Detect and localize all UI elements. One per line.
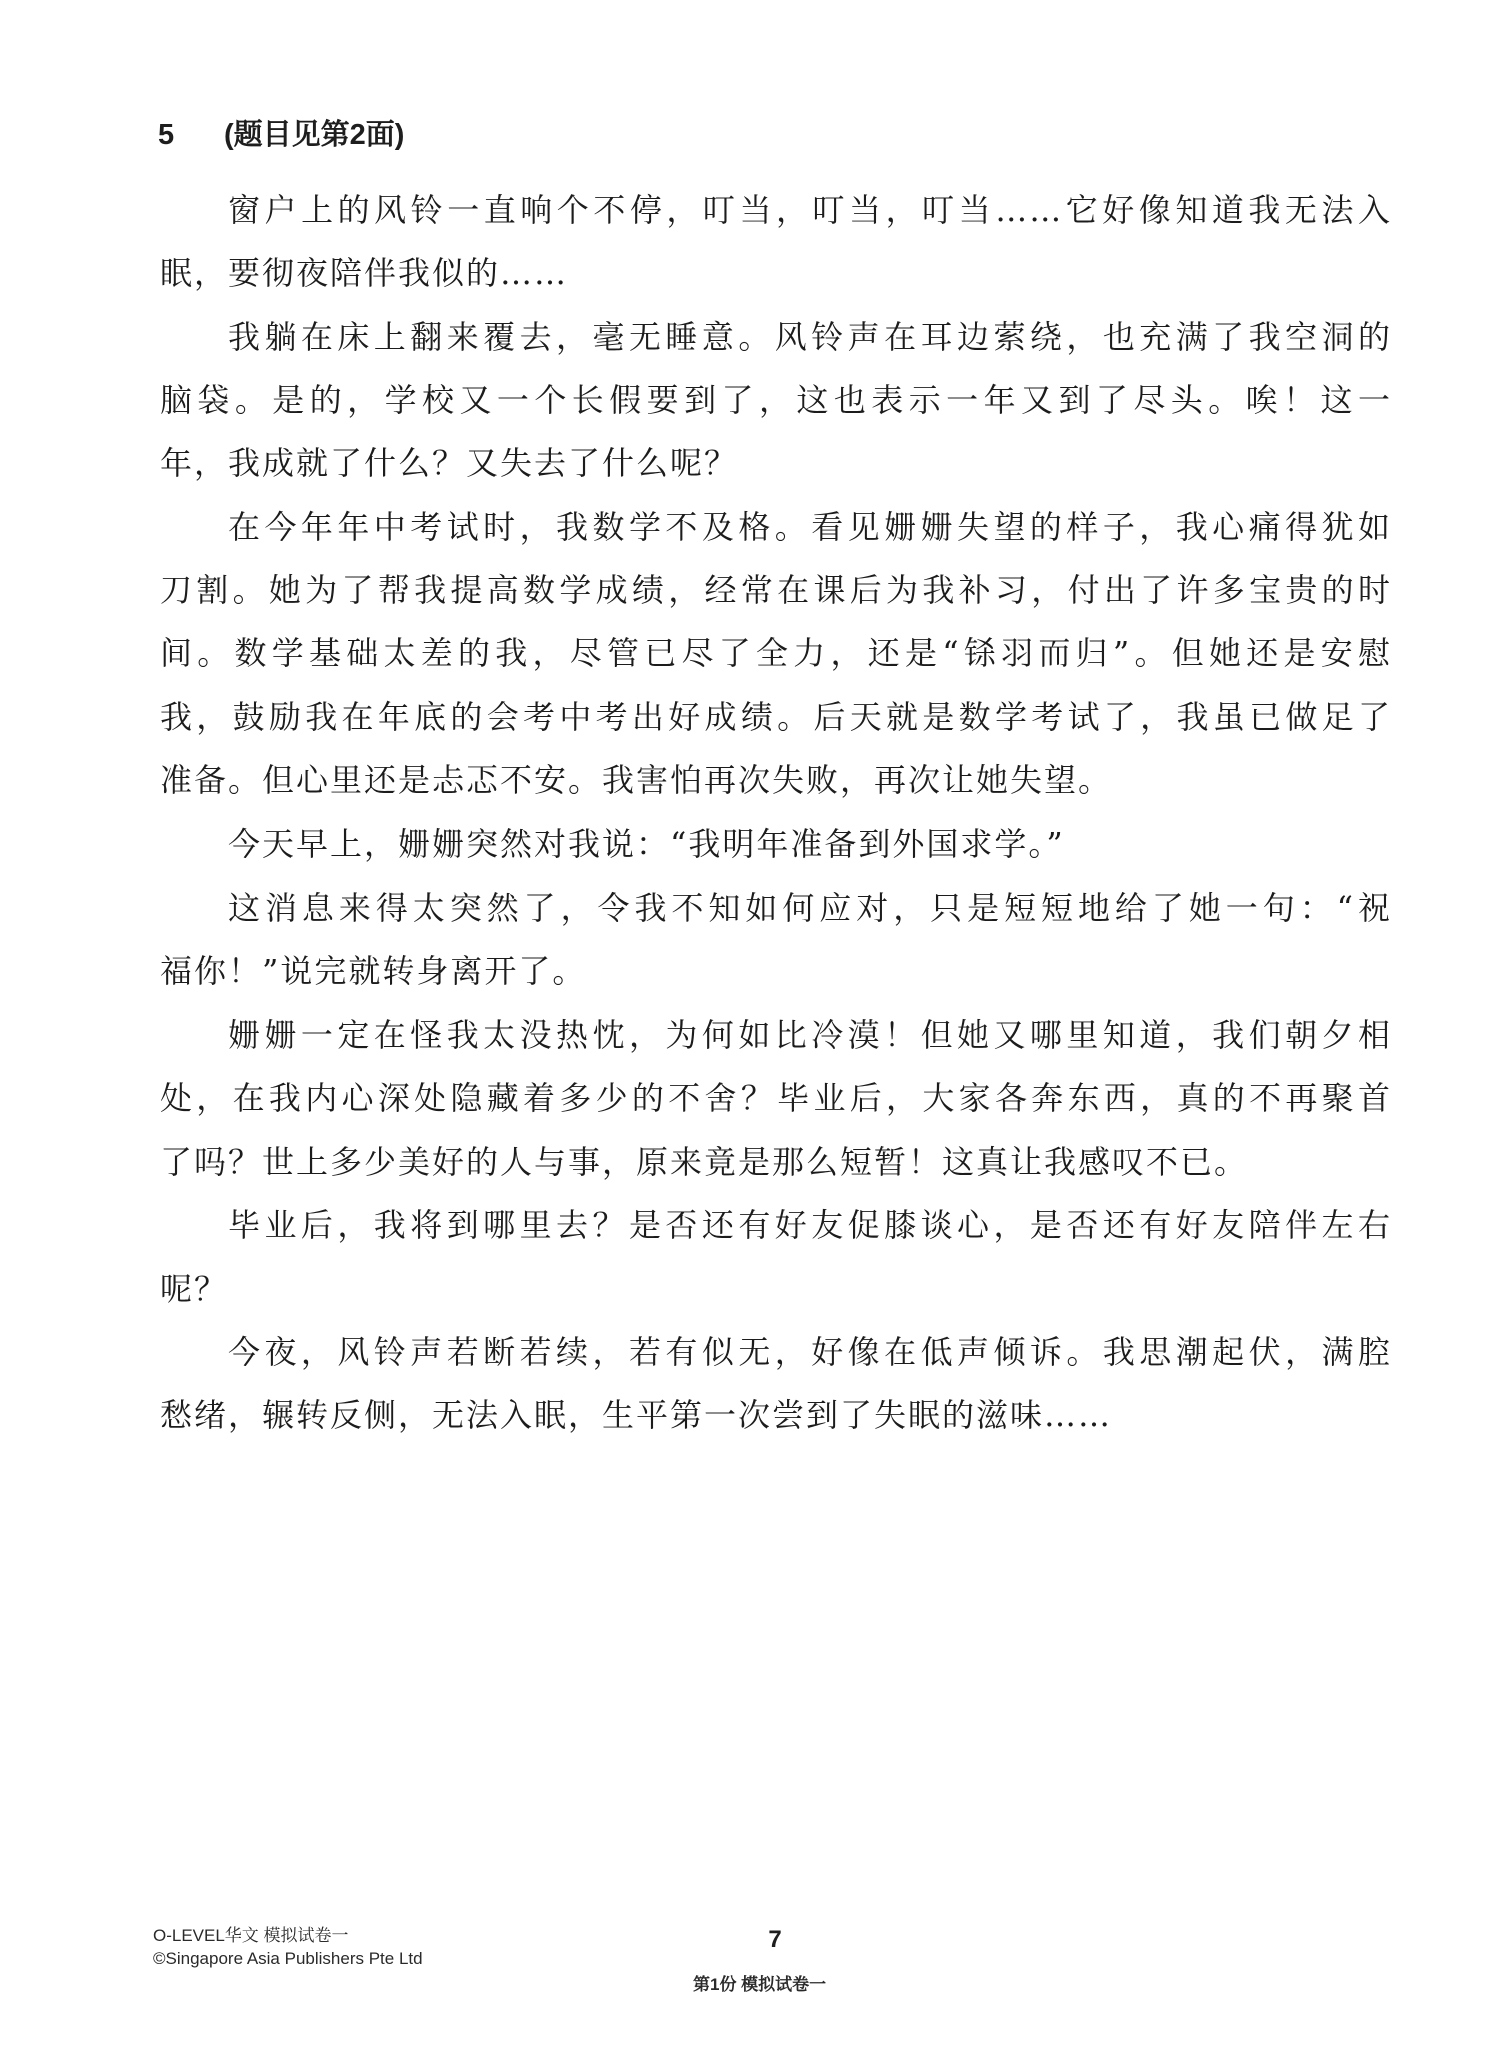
essay-line: 窗户上的风铃一直响个不停，叮当，叮当，叮当……它好像知道我无法入 [160, 190, 1392, 230]
essay-line: 我躺在床上翻来覆去，毫无睡意。风铃声在耳边萦绕，也充满了我空洞的 [160, 317, 1392, 357]
document-page: 5(题目见第2面) 窗户上的风铃一直响个不停，叮当，叮当，叮当……它好像知道我无… [0, 0, 1504, 2057]
question-note: (题目见第2面) [224, 119, 404, 151]
question-heading: 5(题目见第2面) [158, 112, 404, 153]
essay-line: 了吗？世上多少美好的人与事，原来竟是那么短暂！这真让我感叹不已。 [160, 1142, 1392, 1182]
essay-line: 毕业后，我将到哪里去？是否还有好友促膝谈心，是否还有好友陪伴左右 [160, 1205, 1392, 1245]
footer-section-label: 第1份 模拟试卷一 [693, 1970, 826, 1995]
essay-line: 刀割。她为了帮我提高数学成绩，经常在课后为我补习，付出了许多宝贵的时 [160, 570, 1392, 610]
essay-line: 今夜，风铃声若断若续，若有似无，好像在低声倾诉。我思潮起伏，满腔 [160, 1332, 1392, 1372]
essay-line: 眠，要彻夜陪伴我似的…… [160, 253, 1392, 293]
essay-line: 愁绪，辗转反侧，无法入眠，生平第一次尝到了失眠的滋味…… [160, 1395, 1392, 1435]
footer-copyright: ©Singapore Asia Publishers Pte Ltd [153, 1947, 423, 1970]
essay-line: 我，鼓励我在年底的会考中考出好成绩。后天就是数学考试了，我虽已做足了 [160, 697, 1392, 737]
essay-line: 处，在我内心深处隐藏着多少的不舍？毕业后，大家各奔东西，真的不再聚首 [160, 1078, 1392, 1118]
footer-publisher-info: O-LEVEL华文 模拟试卷一 ©Singapore Asia Publishe… [153, 1924, 423, 1970]
question-number: 5 [158, 119, 224, 152]
page-number: 7 [760, 1926, 790, 1954]
essay-line: 今天早上，姗姗突然对我说：“我明年准备到外国求学。” [160, 824, 1392, 864]
essay-line: 准备。但心里还是忐忑不安。我害怕再次失败，再次让她失望。 [160, 760, 1392, 800]
essay-line: 福你！”说完就转身离开了。 [160, 951, 1392, 991]
essay-line: 脑袋。是的，学校又一个长假要到了，这也表示一年又到了尽头。唉！这一 [160, 380, 1392, 420]
essay-line: 在今年年中考试时，我数学不及格。看见姗姗失望的样子，我心痛得犹如 [160, 507, 1392, 547]
essay-line: 间。数学基础太差的我，尽管已尽了全力，还是“铩羽而归”。但她还是安慰 [160, 633, 1392, 673]
essay-line: 这消息来得太突然了，令我不知如何应对，只是短短地给了她一句：“祝 [160, 888, 1392, 928]
footer-series-title: O-LEVEL华文 模拟试卷一 [153, 1924, 423, 1947]
essay-line: 年，我成就了什么？又失去了什么呢？ [160, 443, 1392, 483]
essay-line: 呢？ [160, 1269, 1392, 1309]
essay-line: 姗姗一定在怪我太没热忱，为何如比冷漠！但她又哪里知道，我们朝夕相 [160, 1015, 1392, 1055]
